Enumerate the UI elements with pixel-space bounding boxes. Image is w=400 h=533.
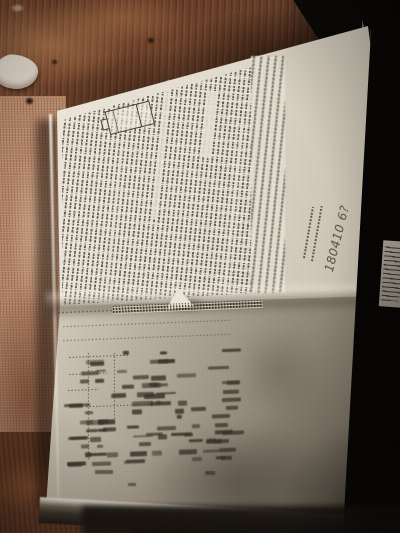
- table-cell-mark: [130, 451, 148, 456]
- table-cell-mark: [222, 397, 241, 401]
- table-cell-mark: [226, 406, 238, 410]
- shadow-bottom: [82, 506, 400, 533]
- table-cell-mark: [133, 375, 149, 379]
- table-cell-mark: [177, 415, 182, 419]
- table-cell-mark: [123, 351, 129, 355]
- table-cell-mark: [96, 369, 105, 372]
- table-cell-mark: [178, 400, 188, 405]
- table-cell-mark: [103, 427, 115, 431]
- table-cell-mark: [92, 462, 111, 466]
- table-cell-mark: [132, 401, 153, 406]
- table-cell-mark: [80, 379, 89, 383]
- table-cell-mark: [107, 452, 118, 457]
- table-cell-mark: [191, 407, 206, 412]
- table-cell-mark: [177, 373, 196, 377]
- table-cell-mark: [158, 359, 174, 364]
- table-cell-mark: [111, 393, 126, 398]
- table-cell-mark: [85, 452, 91, 456]
- table-cell-mark: [208, 366, 228, 370]
- table-cell-mark: [84, 403, 91, 406]
- table-cell-mark: [95, 379, 104, 383]
- table-cell-mark: [175, 409, 185, 414]
- table-cell-mark: [117, 370, 127, 373]
- table-cell-mark: [89, 452, 107, 456]
- table-cell-mark: [86, 429, 98, 432]
- price-sticker: [379, 240, 400, 308]
- table-cell-mark: [67, 461, 86, 465]
- table-cell-mark: [222, 348, 241, 352]
- table-cell-mark: [153, 383, 168, 387]
- stray-mark: [128, 483, 136, 486]
- table-cell-mark: [132, 410, 143, 415]
- sticker-text-lines: [381, 244, 400, 301]
- table-cell-mark: [211, 414, 229, 418]
- table-cell-mark: [85, 411, 94, 414]
- table-cell-mark: [122, 385, 135, 389]
- stray-mark: [95, 470, 113, 474]
- table-cell-mark: [98, 420, 116, 425]
- leader-dots: [68, 354, 128, 358]
- table-cell-mark: [97, 445, 103, 448]
- table-cell-mark: [137, 391, 154, 396]
- table-cell-mark: [223, 389, 239, 393]
- table-cell-mark: [157, 426, 176, 431]
- table-cell-mark: [160, 352, 167, 355]
- table-cell-mark: [127, 425, 139, 428]
- photo-of-open-booklet: 180410 6?: [0, 0, 400, 533]
- table-cell-mark: [81, 445, 88, 449]
- soft-shadow: [235, 325, 325, 420]
- table-cell-mark: [90, 437, 101, 442]
- table-cell-mark: [126, 459, 145, 463]
- leader-dots: [67, 388, 99, 391]
- table-cell-mark: [139, 442, 151, 447]
- table-cell-mark: [156, 401, 162, 405]
- table-cell-mark: [151, 375, 167, 380]
